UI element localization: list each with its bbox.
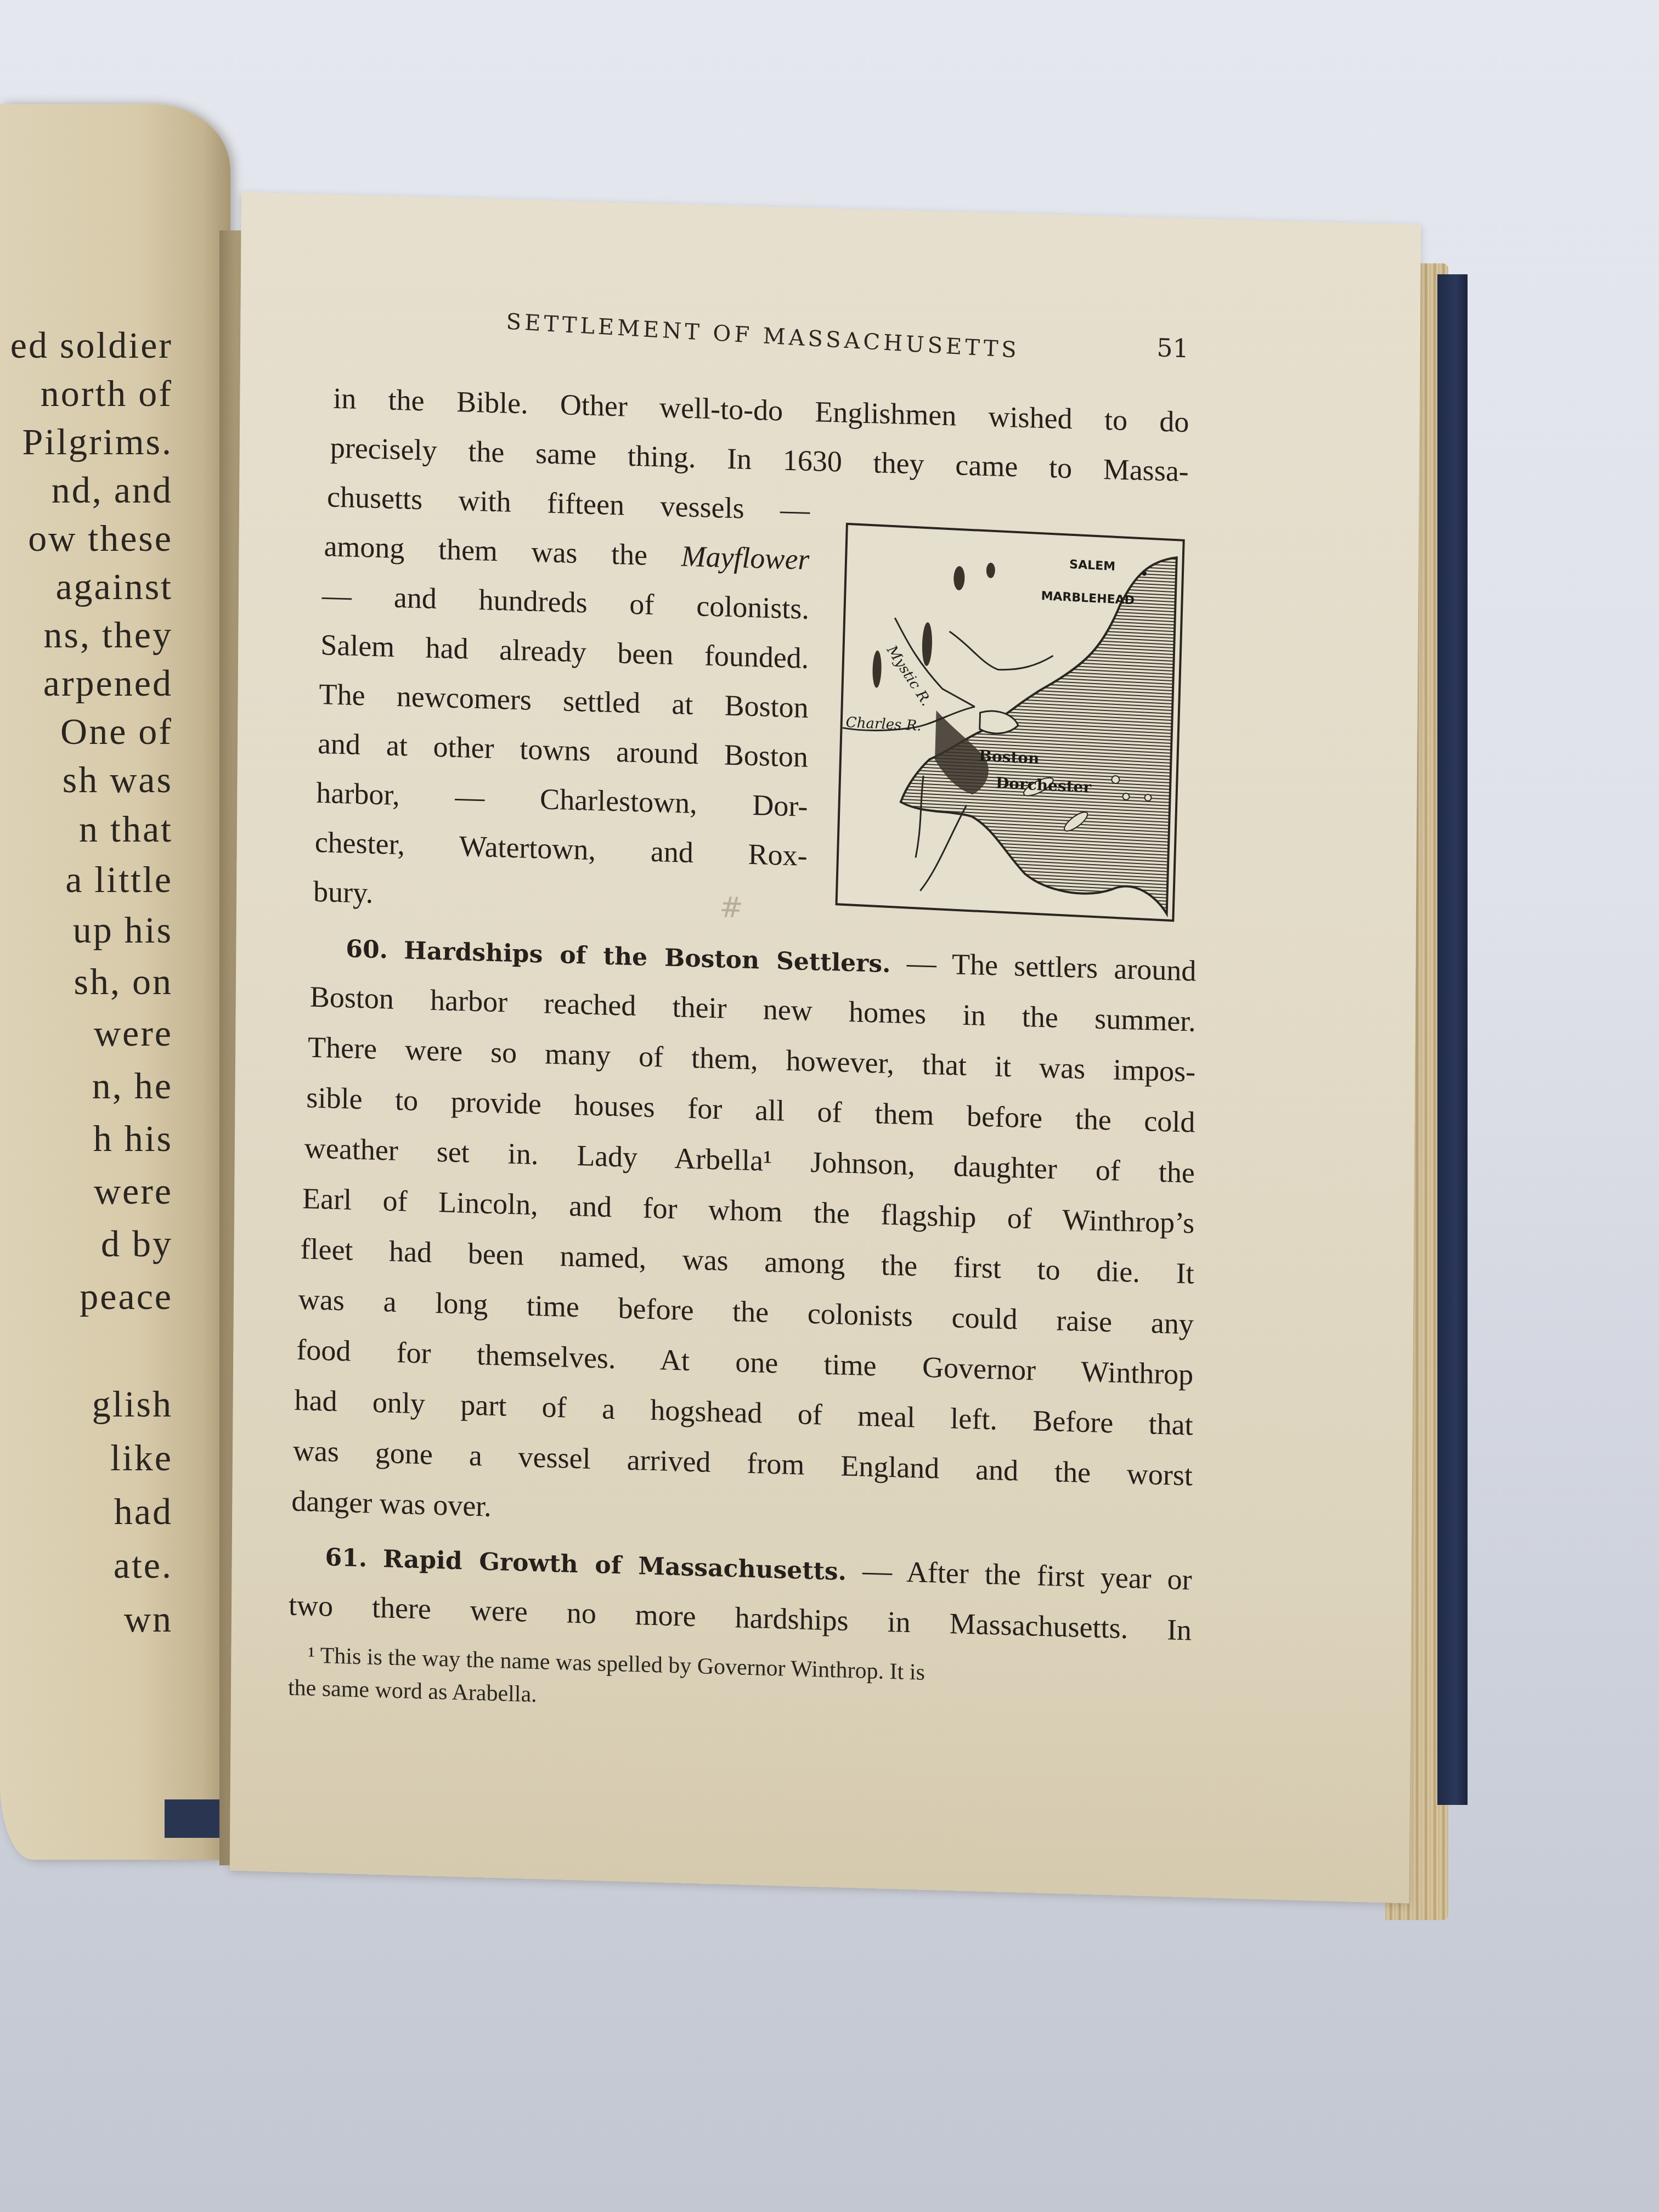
left-line: peace <box>80 1275 173 1318</box>
body-line: and at other towns around Boston <box>318 726 808 774</box>
section-heading: Rapid Growth of Massachusetts. <box>383 1545 847 1586</box>
body-line: Boston harbor reached their new homes in… <box>310 980 1196 1039</box>
body-line: harbor, — Charlestown, Dor- <box>316 776 808 823</box>
left-line: nd, and <box>52 469 173 512</box>
section-60-heading-line: 60. Hardships of the Boston Settlers. — … <box>346 930 1196 988</box>
body-line: food for themselves. At one time Governo… <box>296 1333 1193 1392</box>
running-head: SETTLEMENT OF MASSACHUSETTS <box>506 309 1020 363</box>
left-line: glish <box>92 1383 173 1426</box>
body-line: had only part of a hogshead of meal left… <box>294 1383 1193 1442</box>
body-line: weather set in. Lady Arbella¹ Johnson, d… <box>304 1131 1195 1189</box>
boston-harbor-map: SALEM MARBLEHEAD Mystic R. Charles R. Bo… <box>835 523 1184 922</box>
left-line: d by <box>101 1222 173 1266</box>
left-line: n that <box>79 808 173 851</box>
section-lead: — After the first year or <box>862 1554 1192 1596</box>
left-line: had <box>114 1490 173 1533</box>
left-page: ed soldier north of Pilgrims. nd, and ow… <box>0 104 230 1860</box>
body-line-mayflower: among them was the Mayflower <box>324 529 809 577</box>
book-cover-edge <box>1437 274 1468 1805</box>
body-line: bury. <box>313 874 373 910</box>
body-line: sible to provide houses for all of them … <box>306 1080 1195 1139</box>
body-line: in the Bible. Other well-to-do Englishme… <box>333 381 1189 439</box>
section-heading: Hardships of the Boston Settlers. <box>404 936 891 978</box>
map-label-boston: Boston <box>979 747 1040 768</box>
left-line: n, he <box>92 1064 173 1108</box>
left-line: up his <box>73 909 173 952</box>
body-line: chusetts with fifteen vessels — <box>327 479 810 527</box>
body-line: The newcomers settled at Boston <box>319 677 808 725</box>
left-line: Pilgrims. <box>22 420 173 464</box>
body-text: among them was the <box>324 529 647 571</box>
left-line: arpened <box>43 662 173 705</box>
ship-name: Mayflower <box>681 539 809 576</box>
section-lead: — The settlers around <box>907 946 1197 988</box>
body-line: precisely the same thing. In 1630 they c… <box>330 431 1189 489</box>
pencil-mark: # <box>719 891 743 924</box>
section-number: 61. <box>325 1543 367 1572</box>
section-number: 60. <box>346 935 388 964</box>
left-line: sh was <box>63 758 173 802</box>
left-line: against <box>55 565 173 608</box>
body-line: Earl of Lincoln, and for whom the flagsh… <box>302 1181 1194 1240</box>
left-line: ed soldier <box>10 324 173 367</box>
left-line: ns, they <box>43 613 173 657</box>
footnote-line: the same word as Arabella. <box>288 1674 537 1708</box>
left-line: were <box>94 1012 173 1055</box>
body-line: danger was over. <box>291 1484 492 1523</box>
left-line: h his <box>93 1117 173 1160</box>
body-line: was a long time before the colonists cou… <box>298 1282 1194 1341</box>
left-line: ate. <box>114 1544 173 1587</box>
left-line: sh, on <box>74 960 173 1003</box>
body-line: Salem had already been founded. <box>320 628 809 675</box>
right-page: SETTLEMENT OF MASSACHUSETTS 51 in the Bi… <box>230 192 1421 1904</box>
left-line: a little <box>65 858 173 901</box>
body-line: chester, Watertown, and Rox- <box>315 825 808 873</box>
body-line: — and hundreds of colonists. <box>322 578 809 626</box>
left-line: were <box>94 1170 173 1213</box>
left-line: north of <box>41 372 173 415</box>
section-61-heading-line: 61. Rapid Growth of Massachusetts. — Aft… <box>325 1538 1192 1596</box>
left-line: One of <box>60 710 173 753</box>
body-line: There were so many of them, however, tha… <box>308 1030 1195 1088</box>
page-number: 51 <box>1156 333 1189 364</box>
body-line: two there were no more hardships in Mass… <box>289 1588 1192 1647</box>
left-line: wn <box>124 1598 173 1641</box>
map-label-salem: SALEM <box>1069 558 1115 574</box>
left-line: like <box>110 1436 173 1480</box>
left-line: ow these <box>28 517 173 560</box>
body-line: fleet had been named, was among the firs… <box>300 1232 1194 1290</box>
body-line: was gone a vessel arrived from England a… <box>293 1434 1193 1493</box>
